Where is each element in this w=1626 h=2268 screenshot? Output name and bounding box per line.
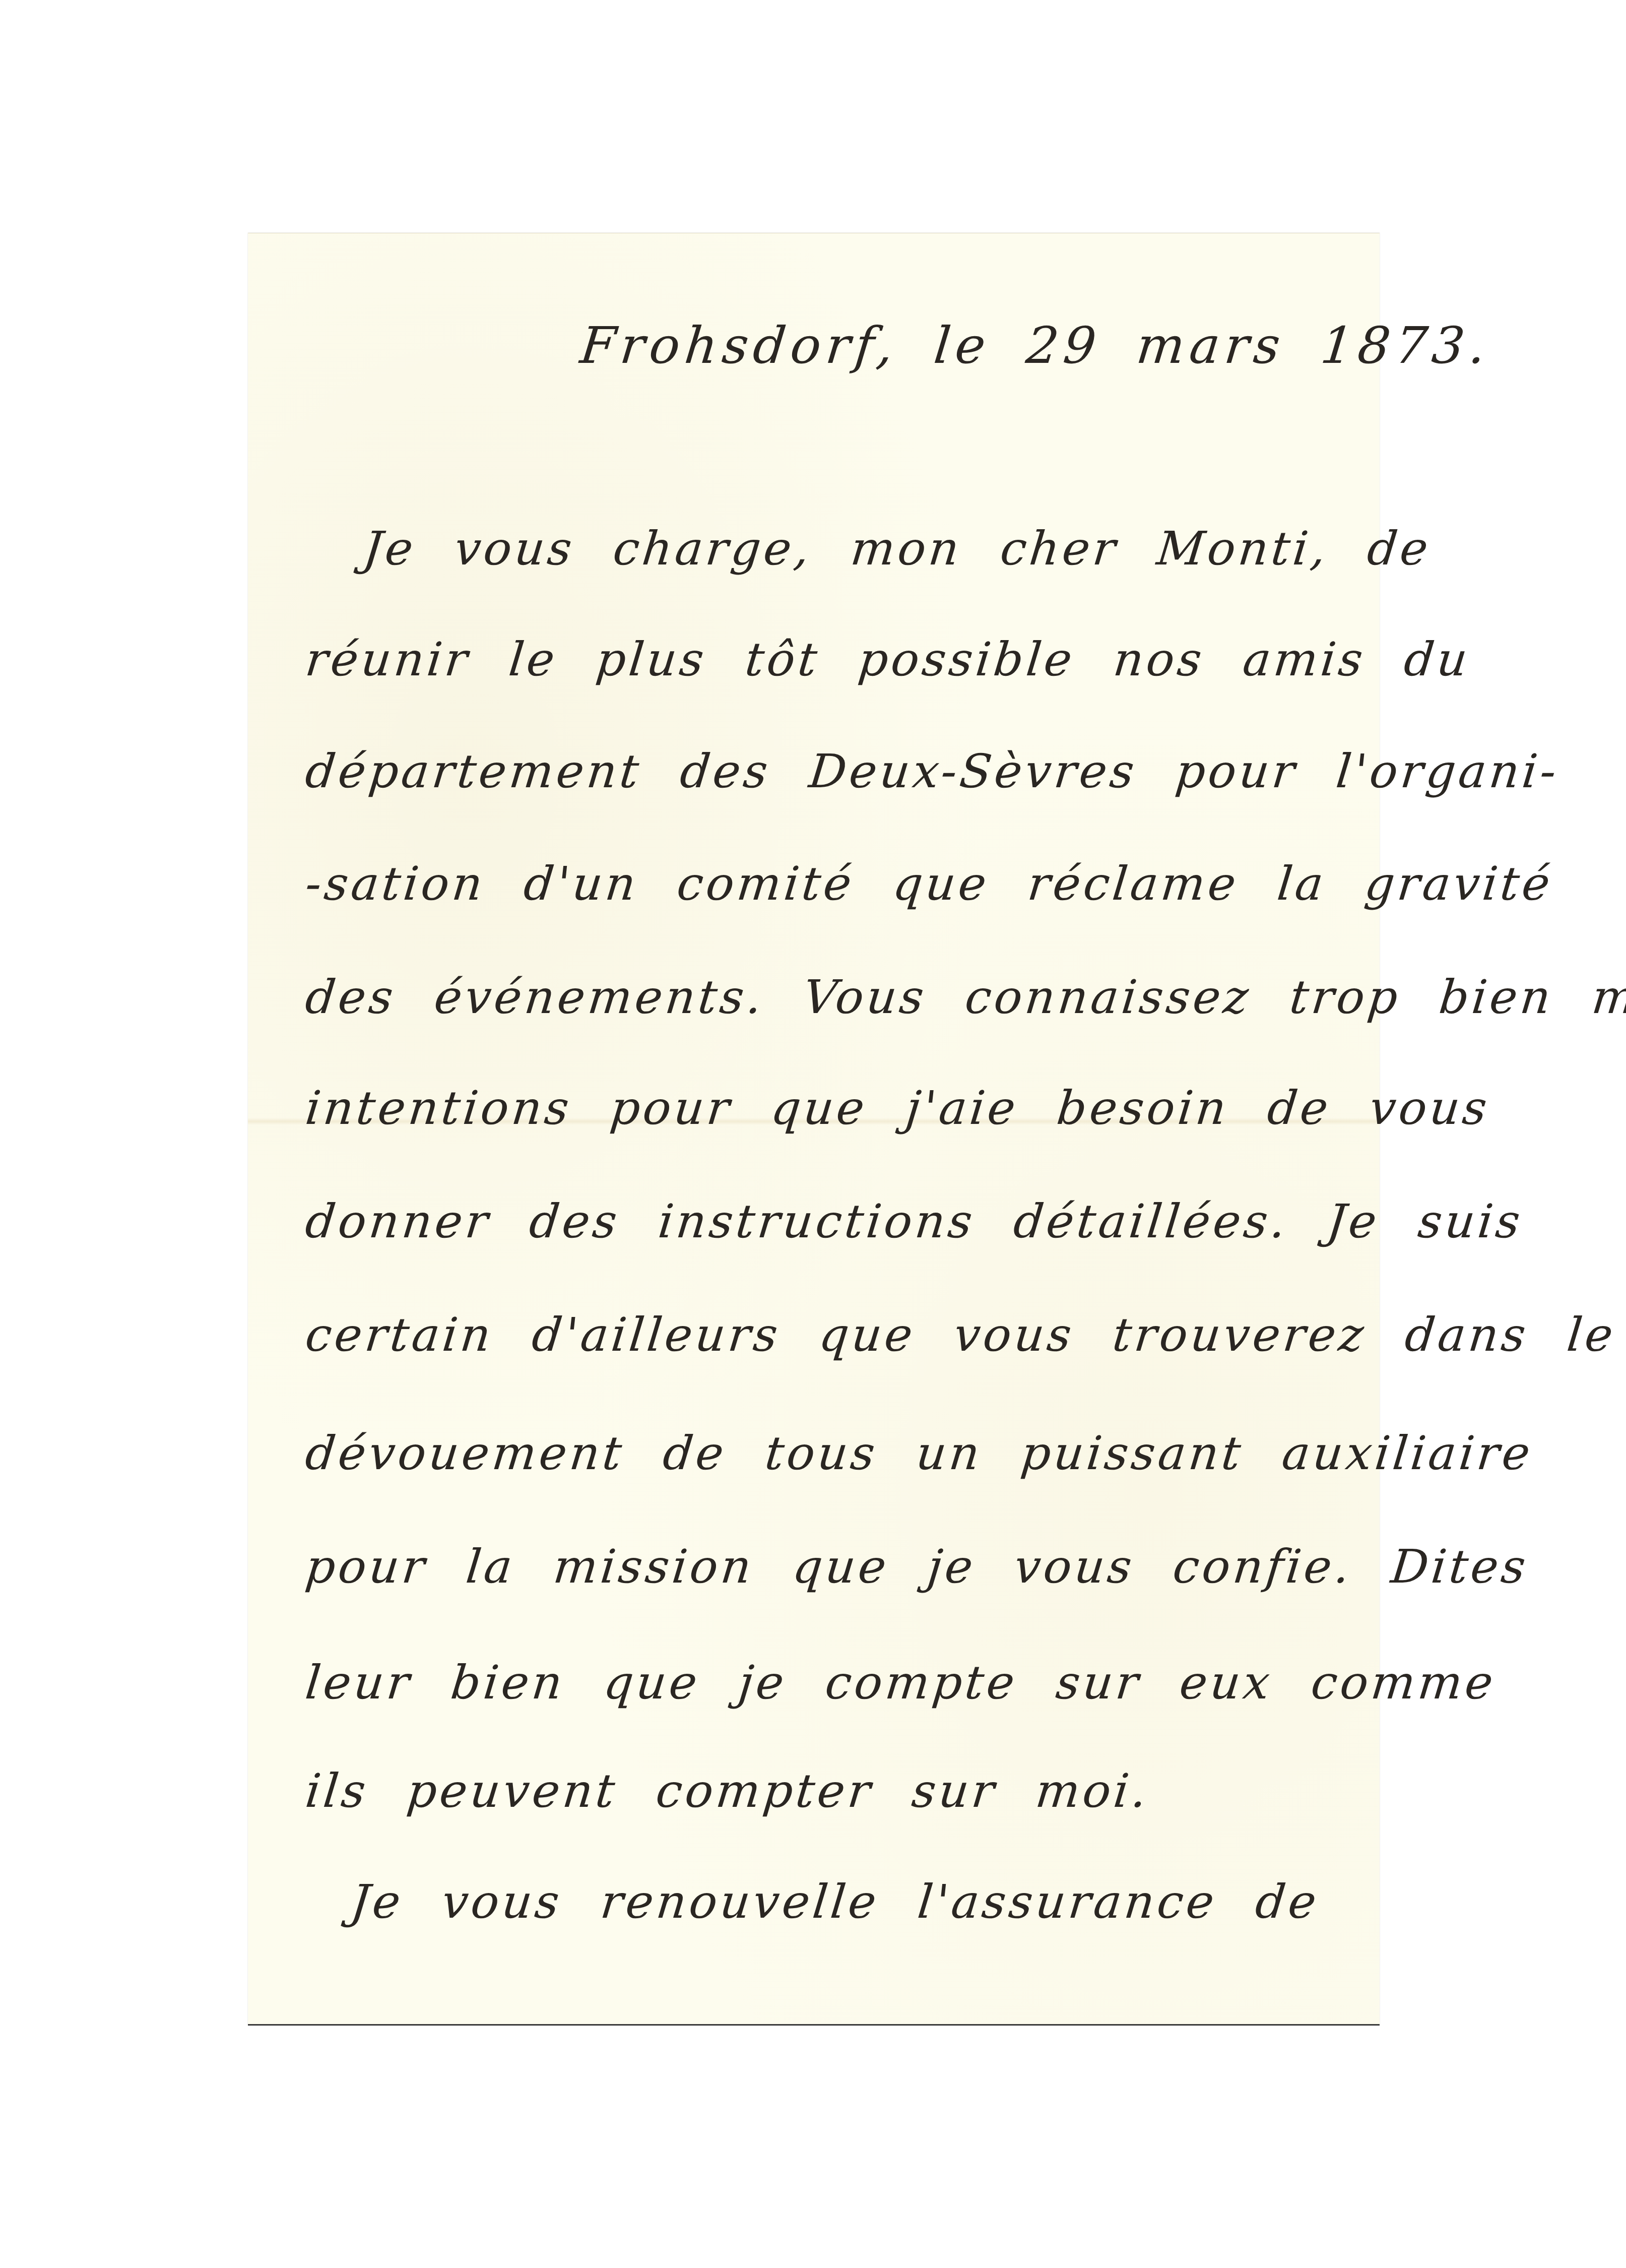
- letter-line-1: Je vous charge, mon cher Monti, de: [361, 526, 1433, 572]
- letter-line-10: pour la mission que je vous confie. Dite…: [303, 1544, 1531, 1590]
- letter-line-2: réunir le plus tôt possible nos amis du: [303, 637, 1472, 683]
- letter-line-4: -sation d'un comité que réclame la gravi…: [303, 861, 1555, 907]
- letter-line-12: ils peuvent compter sur moi.: [303, 1768, 1152, 1814]
- letter-page: Frohsdorf, le 29 mars 1873. Je vous char…: [248, 233, 1380, 2024]
- letter-line-7: donner des instructions détaillées. Je s…: [303, 1199, 1525, 1245]
- letter-line-6: intentions pour que j'aie besoin de vous: [303, 1085, 1492, 1131]
- letter-dateline: Frohsdorf, le 29 mars 1873.: [578, 321, 1493, 371]
- letter-line-9: dévouement de tous un puissant auxiliair…: [303, 1430, 1535, 1477]
- letter-line-8: certain d'ailleurs que vous trouverez da…: [303, 1312, 1618, 1358]
- letter-line-13: Je vous renouvelle l'assurance de: [349, 1879, 1321, 1925]
- letter-line-3: département des Deux-Sèvres pour l'organ…: [303, 748, 1562, 795]
- letter-line-11: leur bien que je compte sur eux comme: [303, 1660, 1498, 1706]
- letter-line-5: des événements. Vous connaissez trop bie…: [303, 974, 1626, 1021]
